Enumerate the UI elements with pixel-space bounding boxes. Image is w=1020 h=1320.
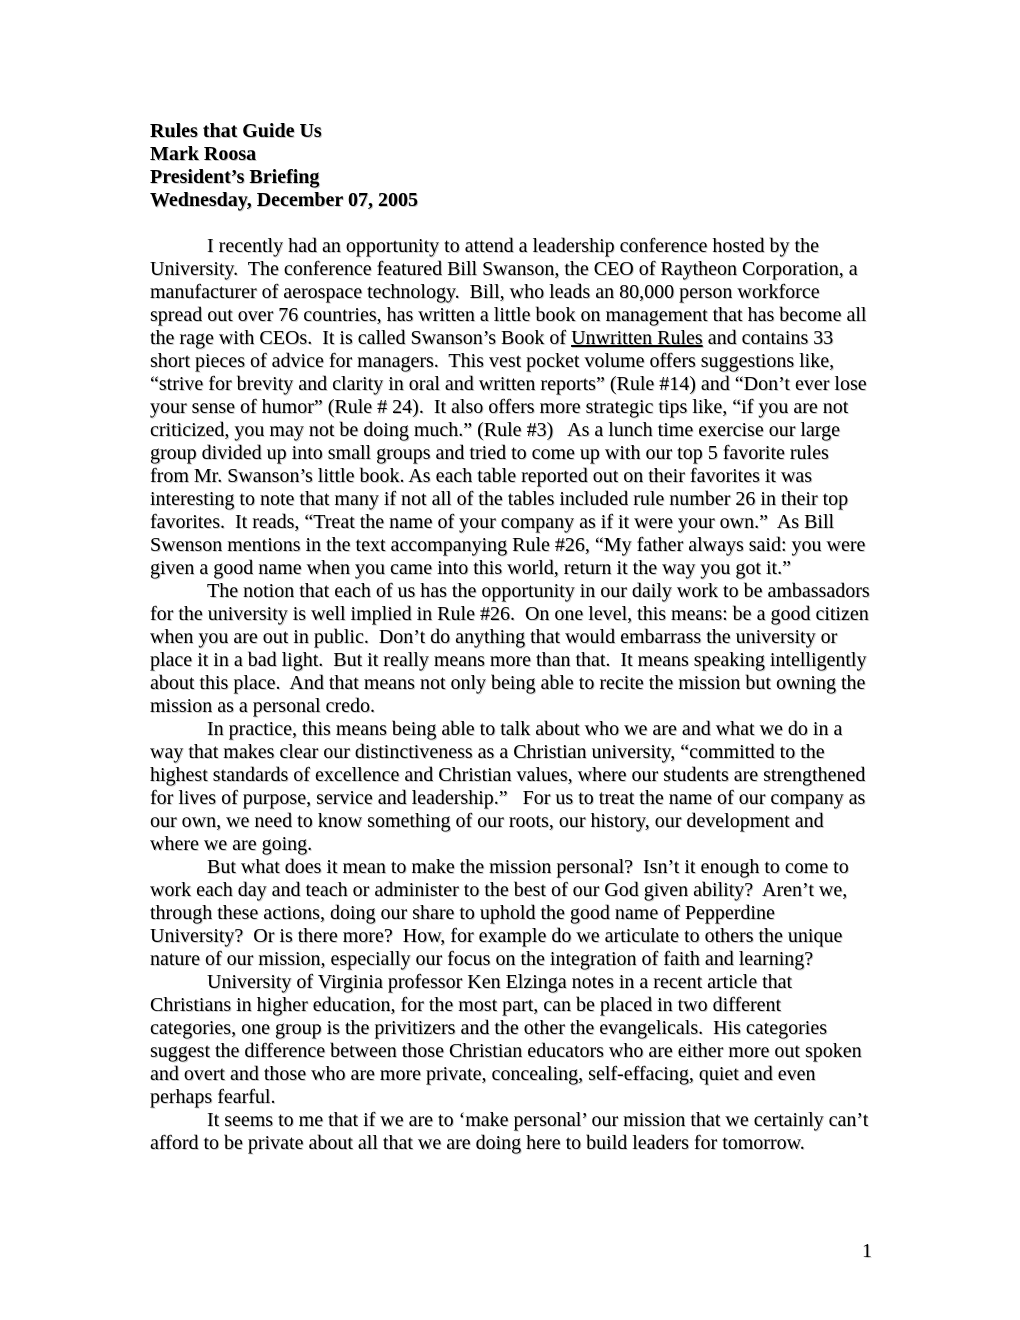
paragraph-2: The notion that each of us has the oppor… xyxy=(150,580,872,718)
doc-author: Mark Roosa xyxy=(150,143,872,166)
document-text-block: Rules that Guide Us Mark Roosa President… xyxy=(150,120,872,1155)
doc-title: Rules that Guide Us xyxy=(150,120,872,143)
paragraph-6: It seems to me that if we are to ‘make p… xyxy=(150,1109,872,1155)
paragraph-3: In practice, this means being able to ta… xyxy=(150,718,872,856)
paragraph-4: But what does it mean to make the missio… xyxy=(150,856,872,971)
doc-briefing-line: President’s Briefing xyxy=(150,166,872,189)
paragraph-5: University of Virginia professor Ken Elz… xyxy=(150,971,872,1109)
document-header: Rules that Guide Us Mark Roosa President… xyxy=(150,120,872,212)
blank-line xyxy=(150,212,872,235)
page-number: 1 xyxy=(150,1240,872,1263)
underlined-book-title: Unwritten Rules xyxy=(571,327,703,349)
document-page: Rules that Guide Us Mark Roosa President… xyxy=(0,0,1020,1320)
paragraph-1: I recently had an opportunity to attend … xyxy=(150,235,872,580)
doc-date: Wednesday, December 07, 2005 xyxy=(150,189,872,212)
paragraph-1-text-after: and contains 33 short pieces of advice f… xyxy=(150,327,872,579)
